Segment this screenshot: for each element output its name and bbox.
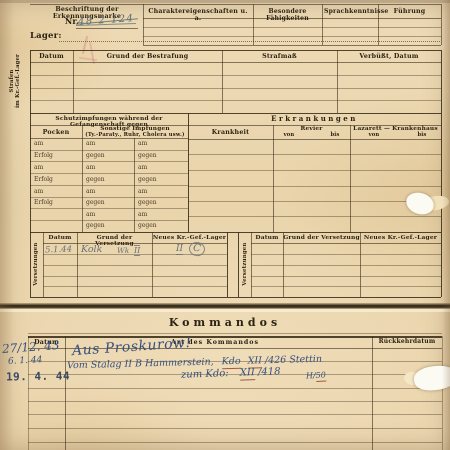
grid-line: [227, 232, 228, 297]
grid-line: [188, 154, 441, 155]
lager-dotted-line: [59, 33, 440, 42]
impf-cell: am: [138, 141, 147, 147]
grid-line: [30, 4, 441, 5]
grid-line: [251, 254, 441, 255]
grid-line: [238, 232, 239, 297]
grid-line: [143, 4, 144, 45]
grid-line: [28, 428, 442, 429]
transfer-reason-handwritten: Wk: [117, 246, 129, 255]
versetzungen-col-lager: Neues Kr.-Gef.-Lager: [360, 235, 441, 242]
grid-line: [322, 4, 323, 45]
grid-line: [188, 216, 441, 217]
grid-line: [30, 232, 441, 233]
grid-line: [188, 170, 441, 171]
impf-cell: Erfolg: [34, 153, 53, 159]
card-top-highlight: [0, 309, 450, 312]
grid-line: [30, 161, 188, 162]
impf-cell: gegen: [138, 200, 157, 206]
erkrankungen-title: Erkrankungen: [188, 115, 441, 123]
scan-edge: [0, 0, 450, 3]
strafen-col-datum: Datum: [30, 53, 73, 60]
column-header-languages: Sprachkenntnisse: [324, 8, 376, 15]
lager-label: Lager:: [30, 32, 60, 42]
kommando-entry-segment: zum Kdo:: [181, 368, 229, 381]
kommando-entry-segment: /418: [258, 366, 281, 378]
strafen-col-grund: Grund der Bestrafung: [73, 53, 222, 60]
grid-line: [82, 125, 83, 233]
erkrankungen-col-krankheit: Krankheit: [190, 129, 271, 136]
versetzungen-col-grund: Grund der Versetzung: [283, 235, 360, 242]
grid-line: [30, 50, 441, 51]
impf-cell: am: [138, 212, 147, 218]
impf-cell: gegen: [86, 223, 105, 229]
grid-line: [43, 286, 227, 287]
grid-line: [30, 197, 188, 198]
grid-line: [251, 265, 441, 266]
grid-line: [30, 75, 441, 76]
column-header-abilities: Besondere Fähigkeiten: [255, 8, 320, 22]
new-camp-handwritten: II: [176, 244, 183, 255]
strafen-col-verbuesst: Verbüßt, Datum: [337, 53, 441, 60]
grid-line: [253, 4, 254, 45]
impf-cell: am: [86, 189, 95, 195]
impf-cell: am: [86, 165, 95, 171]
impf-cell: Erfolg: [34, 177, 53, 183]
transfer-reason-handwritten: II: [134, 245, 140, 256]
grid-line: [30, 88, 441, 89]
grid-line: [30, 62, 441, 63]
grid-line: [143, 27, 441, 28]
grid-line: [30, 100, 441, 101]
impf-cell: am: [86, 212, 95, 218]
kommando-entry-segment: /426 Stettin: [265, 354, 322, 366]
grid-line: [188, 113, 189, 232]
versetzungen-col-datum: Datum: [251, 235, 283, 242]
transfer-reason-handwritten: Kolk: [81, 244, 102, 255]
transfer-date-handwritten: 5.1.44: [45, 245, 72, 256]
kommando-note-segment-underlined: 50: [315, 370, 326, 382]
scan-edge: [442, 0, 450, 450]
impf-cell: am: [34, 189, 43, 195]
impf-cell: am: [34, 165, 43, 171]
column-header-character: Charaktereigenschaften u. a.: [146, 8, 250, 22]
grid-line: [28, 401, 442, 402]
grid-line: [251, 286, 441, 287]
grid-line: [28, 388, 442, 389]
impf-cell: gegen: [86, 200, 105, 206]
grid-line: [143, 45, 441, 46]
impf-cell: am: [138, 189, 147, 195]
kommando-note-segment: H/: [306, 371, 316, 380]
grid-line: [43, 276, 227, 277]
impf-cell: am: [138, 165, 147, 171]
impf-cell: am: [86, 141, 95, 147]
grid-line: [188, 139, 441, 140]
pow-record-card-scan: Beschriftung der Erkennungsmarke Nr. 48 …: [0, 0, 450, 450]
grid-line: [30, 220, 188, 221]
impf-cell: gegen: [138, 177, 157, 183]
grid-line: [30, 150, 188, 151]
grid-line: [30, 208, 188, 209]
grid-line: [188, 201, 441, 202]
kommandos-title: Kommandos: [0, 317, 450, 330]
nr-underline: [76, 28, 138, 29]
kommando-entry-segment-underlined: XII: [240, 367, 255, 381]
impf-cell: Erfolg: [34, 200, 53, 206]
column-header-conduct: Führung: [380, 8, 439, 15]
scan-edge: [0, 0, 14, 450]
grid-line: [30, 138, 188, 139]
grid-line: [251, 276, 441, 277]
grid-line: [143, 36, 441, 37]
versetzungen-col-datum: Datum: [43, 235, 77, 242]
strafen-col-strafmass: Strafmaß: [222, 53, 337, 60]
impf-cell: gegen: [138, 223, 157, 229]
impf-cell: gegen: [138, 153, 157, 159]
grid-line: [30, 185, 188, 186]
grid-line: [30, 173, 188, 174]
grid-line: [65, 336, 66, 450]
hole-reinforcement: [403, 189, 436, 218]
versetzungen-col-lager: Neues Kr.-Gef.-Lager: [152, 235, 227, 242]
grid-line: [30, 297, 441, 298]
versetzungen-side-label: Versetzungen: [241, 234, 247, 294]
impfungen-col-pocken: Pocken: [30, 129, 82, 136]
grid-line: [188, 186, 441, 187]
kommandos-col-rueckkehr: Rückkehrdatum: [372, 339, 442, 346]
kommando-entry-note: H/50: [306, 370, 326, 380]
grid-line: [28, 442, 442, 443]
kommando-entry-text: zum Kdo: XII /418: [181, 366, 281, 380]
kommando-entry-date-stamp: 19. 4. 44: [6, 369, 70, 383]
grid-line: [372, 336, 373, 450]
impf-cell: gegen: [86, 177, 105, 183]
grid-line: [28, 414, 442, 415]
impf-cell: am: [34, 141, 43, 147]
grid-line: [43, 265, 227, 266]
versetzungen-side-label: Versetzungen: [33, 234, 39, 294]
impf-cell: gegen: [86, 153, 105, 159]
grid-line: [28, 333, 442, 334]
grid-line: [251, 243, 441, 244]
